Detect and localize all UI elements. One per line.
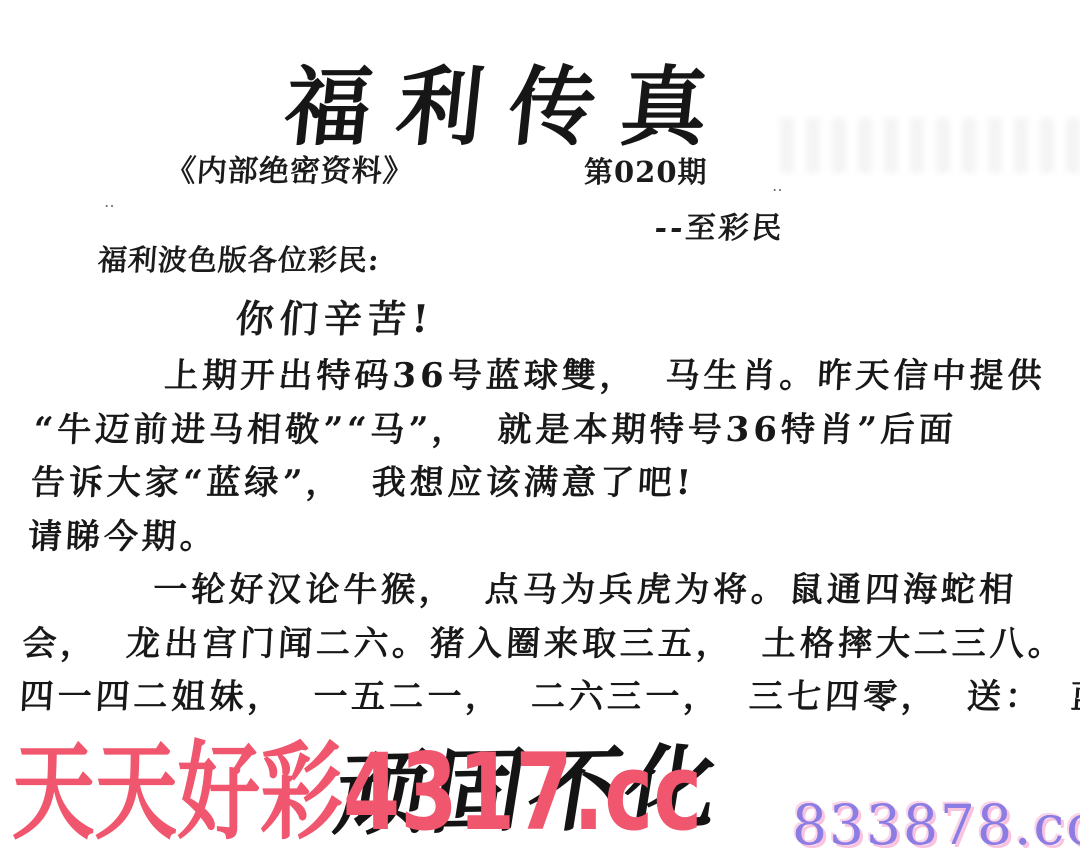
body-line-3: 告诉大家“蓝绿”， 我想应该满意了吧!	[29, 457, 1078, 511]
body-line-6: 会， 龙出宫门闻二六。猪入圈来取三五， 土格摔大二三八。	[21, 618, 1070, 672]
subtitle-secret-material: 《内部绝密资料》	[164, 146, 415, 190]
body-line-7: 四一四二姐妹， 一五二一， 二六三一， 三七四零， 送： 蓝绿	[18, 671, 1067, 725]
watermark-site-right: 833878.com	[792, 798, 1080, 853]
greeting-line: 你们辛苦!	[234, 288, 437, 343]
watermark-site-left: 天天好彩4317.cc	[12, 740, 702, 846]
scan-artifact-mark: ‥	[104, 192, 117, 211]
fax-document-page: 福利传真 《内部绝密资料》 第020期 ‥ ‥ --至彩民 福利波色版各位彩民:…	[0, 0, 1080, 859]
body-text: 上期开出特码36号蓝球雙， 马生肖。昨天信中提供 “牛迈前进马相敬”“马”， 就…	[18, 350, 1080, 725]
body-line-5: 一轮好汉论牛猴， 点马为兵虎为将。鼠通四海蛇相	[24, 564, 1073, 618]
page-title: 福利传真	[0, 38, 1027, 162]
issue-number: 第020期	[584, 150, 708, 191]
salutation-line: 福利波色版各位彩民:	[97, 238, 382, 279]
body-line-4: 请睇今期。	[27, 511, 1076, 565]
scan-artifact-mark: ‥	[772, 176, 785, 195]
attribution-to-bettors: --至彩民	[653, 203, 787, 247]
body-line-1: 上期开出特码36号蓝球雙， 马生肖。昨天信中提供	[35, 350, 1080, 404]
body-line-2: “牛迈前进马相敬”“马”， 就是本期特号36特肖”后面	[32, 404, 1080, 458]
